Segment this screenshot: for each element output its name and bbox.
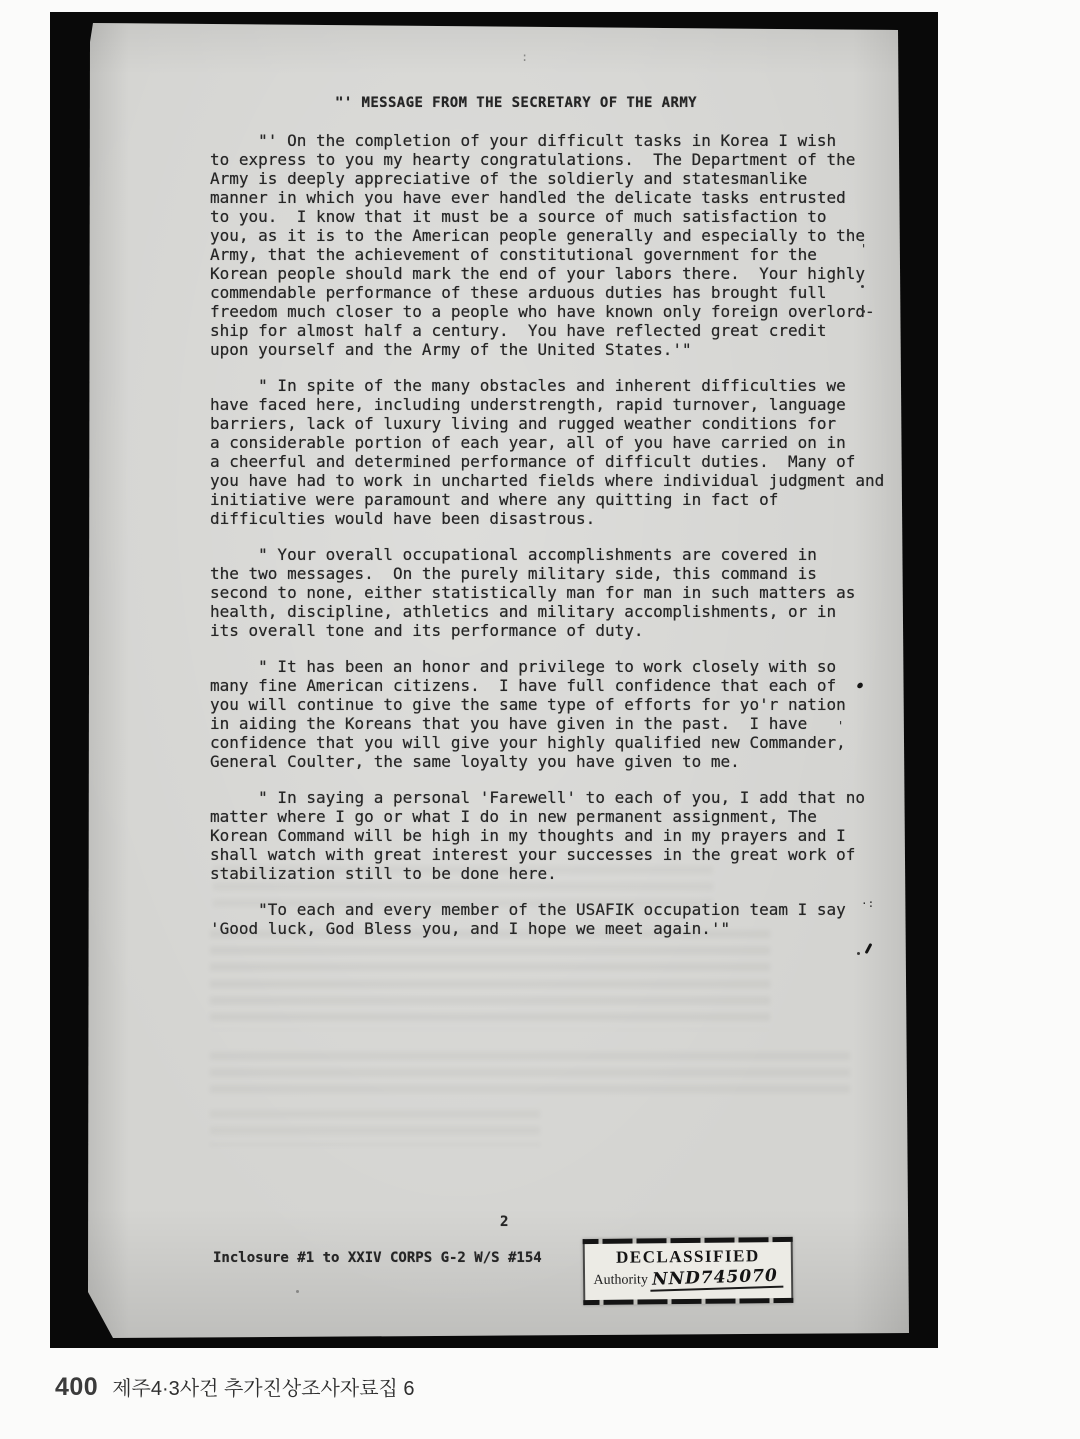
paragraph: " It has been an honor and privilege to …	[210, 657, 870, 771]
bleedthrough-text-smudge	[210, 1052, 850, 1096]
document-body: "' On the completion of your difficult t…	[210, 131, 870, 955]
stamp-border-top	[583, 1237, 793, 1244]
scan-speck	[861, 285, 864, 288]
stamp-authority-line: AuthorityNND745070	[585, 1267, 791, 1291]
stamp-authority-number-handwritten: NND745070	[650, 1266, 783, 1292]
book-caption: 400 제주4·3사건 추가진상조사자료집 6	[55, 1372, 415, 1402]
scanned-document-page: "' MESSAGE FROM THE SECRETARY OF THE ARM…	[88, 22, 910, 1340]
scan-speck: '	[860, 244, 867, 254]
paragraph: "To each and every member of the USAFIK …	[210, 900, 870, 938]
book-page: { "document": { "title_line": "\"' MESSA…	[0, 0, 1080, 1439]
stamp-border-bottom	[583, 1298, 793, 1305]
paragraph: "' On the completion of your difficult t…	[210, 131, 870, 359]
pen-mark	[857, 952, 860, 955]
book-page-number: 400	[55, 1373, 98, 1402]
bleedthrough-text-smudge	[210, 1110, 540, 1146]
page-number: 2	[500, 1214, 508, 1231]
paragraph: " In saying a personal 'Farewell' to eac…	[210, 788, 870, 883]
inclosure-footer-line: Inclosure #1 to XXIV CORPS G-2 W/S #154	[213, 1250, 542, 1267]
stamp-title: DECLASSIFIED	[585, 1246, 791, 1268]
scan-speck	[862, 310, 865, 313]
pen-mark: ·:	[861, 899, 874, 909]
book-title: 제주4·3사건 추가진상조사자료집 6	[112, 1372, 414, 1401]
scan-speck: :	[521, 52, 528, 62]
paragraph: " Your overall occupational accomplishme…	[210, 545, 870, 640]
scan-speck: '	[837, 721, 844, 731]
scan-speck	[296, 1290, 299, 1293]
document-title: "' MESSAGE FROM THE SECRETARY OF THE ARM…	[335, 95, 697, 112]
declassified-stamp: DECLASSIFIED AuthorityNND745070	[583, 1237, 794, 1305]
paragraph: " In spite of the many obstacles and inh…	[210, 376, 870, 528]
stamp-authority-label: Authority	[593, 1272, 648, 1288]
scan-black-backdrop: "' MESSAGE FROM THE SECRETARY OF THE ARM…	[50, 12, 938, 1348]
